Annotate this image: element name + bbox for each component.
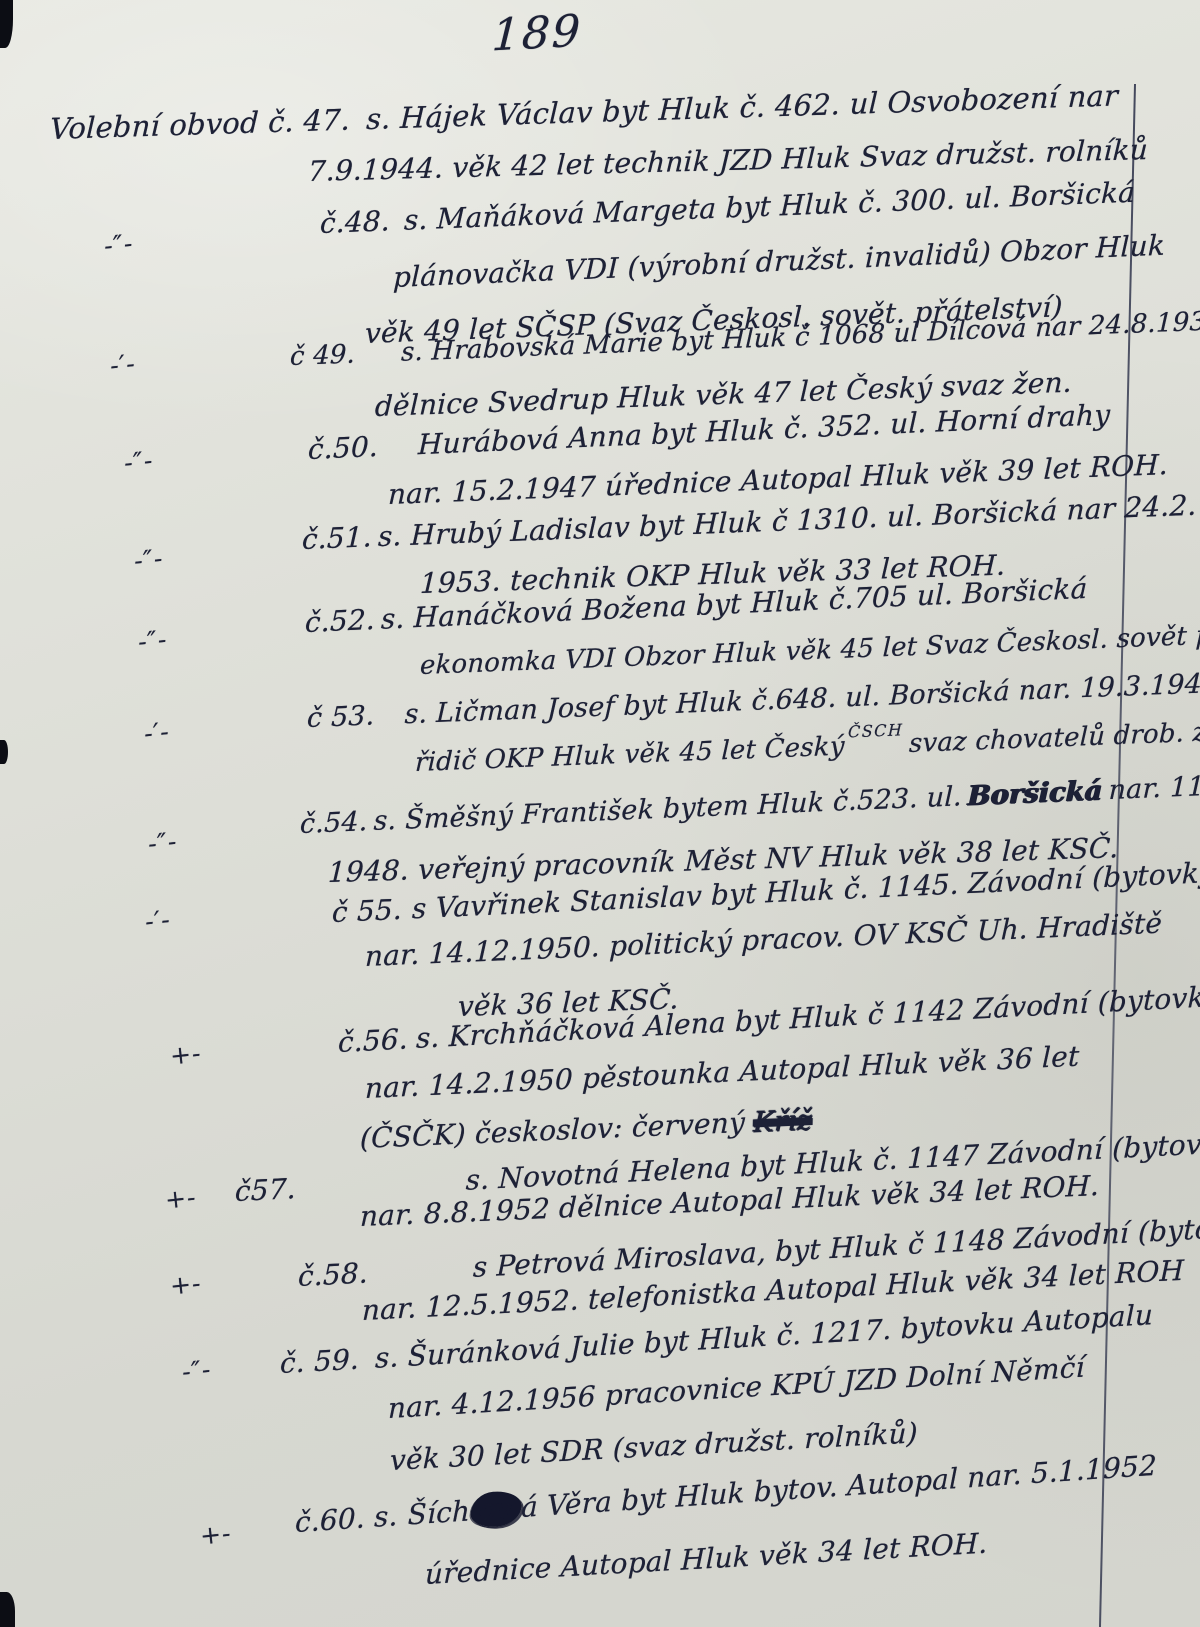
entry-55: -′- č 55.s Vavřinek Stanislav byt Hluk č… (0, 0, 1200, 1627)
entry-56: +- č.56.s. Krchňáčková Alena byt Hluk č … (0, 0, 1200, 1627)
entry-51-line-1: č.51.s. Hrubý Ladislav byt Hluk č 1310. … (301, 489, 1197, 556)
entry-60-number: č.60. s. (295, 1499, 398, 1539)
entry-52-number: č.52. (305, 603, 376, 639)
entry-48-ditto-mark: -″- (103, 229, 135, 261)
entry-55-line-1: č 55.s Vavřinek Stanislav byt Hluk č. 11… (332, 856, 1200, 929)
entry-49: -′- č 49.s. Hrabovská Marie byt Hluk č 1… (0, 0, 1200, 1627)
entry-54-text-1a: s. Šměšný František bytem Hluk č.523. ul… (373, 781, 962, 837)
entry-52-text-1: s. Hanáčková Božena byt Hluk č.705 ul. B… (381, 572, 1088, 636)
entry-59-text-2: nar. 4.12.1956 pracovnice KPÚ JZD Dolní … (388, 1351, 1085, 1425)
entry-50-line-1: č.50.Hurábová Anna byt Hluk č. 352. ul. … (308, 398, 1111, 466)
entry-49-text-2: dělnice Svedrup Hluk věk 47 let Český sv… (374, 366, 1072, 423)
entry-59-text-3: věk 30 let SDR (svaz družst. rolníků) (390, 1416, 918, 1477)
entry-53-text-1: s. Ličman Josef byt Hluk č.648. ul. Borš… (404, 668, 1200, 730)
entry-51-ditto-mark: -″- (133, 544, 165, 576)
entry-55-line-3: věk 36 let KSČ. (457, 982, 679, 1023)
entry-47-text-2: 7.9.1944. věk 42 let technik JZD Hluk Sv… (307, 133, 1148, 188)
entry-58-line-2: nar. 12.5.1952. telefonistka Autopal Hlu… (362, 1254, 1185, 1327)
entry-56-ditto-mark: +- (169, 1038, 203, 1070)
entry-60-ink-blot: ov (470, 1490, 521, 1528)
entry-49-text-1: s. Hrabovská Marie byt Hluk č 1068 ul Dí… (401, 306, 1200, 368)
entry-56-line-1: č.56.s. Krchňáčková Alena byt Hluk č 114… (338, 980, 1200, 1059)
entry-55-text-2: nar. 14.12.1950. politický pracov. OV KS… (365, 907, 1163, 973)
entry-57-line-2: nar. 8.8.1952 dělnice Autopal Hluk věk 3… (360, 1169, 1100, 1233)
entry-47: Volební obvod č. 47.s. Hájek Václav byt … (0, 0, 1200, 1627)
entry-54: -″- č.54.s. Šměšný František bytem Hluk … (0, 0, 1200, 1627)
entry-55-ditto-mark: -′- (144, 905, 172, 937)
entry-53-line-2: řidič OKP Hluk věk 45 let ČeskýČSCHsvaz … (415, 716, 1200, 778)
entry-49-line-1: č 49.s. Hrabovská Marie byt Hluk č 1068 … (290, 306, 1200, 372)
entry-52-line-1: č.52.s. Hanáčková Božena byt Hluk č.705 … (305, 572, 1088, 639)
entry-59-ditto-mark: -″- (181, 1355, 213, 1387)
entry-47-line-1: Volební obvod č. 47.s. Hájek Václav byt … (49, 78, 1118, 146)
entry-54-line-1: č.54.s. Šměšný František bytem Hluk č.52… (300, 769, 1200, 840)
entry-49-ditto-mark: -′- (109, 349, 137, 381)
entry-56-text-3: (ČSČK) českoslov: červený (360, 1106, 746, 1155)
entry-54-ditto-mark: -″- (147, 827, 179, 859)
entry-59-line-1: č. 59.s. Šuránková Julie byt Hluk č. 121… (280, 1298, 1154, 1380)
entry-49-number: č 49. (290, 339, 356, 372)
entry-58-text-2: nar. 12.5.1952. telefonistka Autopal Hlu… (362, 1254, 1185, 1327)
entry-56-number: č.56. (338, 1022, 409, 1059)
entry-59-line-2: nar. 4.12.1956 pracovnice KPÚ JZD Dolní … (388, 1351, 1085, 1425)
scan-artifact-top-left (0, 0, 13, 48)
entry-60-ditto-mark: +- (199, 1518, 233, 1550)
entry-54-overwritten-word: Boršická (967, 775, 1103, 812)
entry-56-struck-word: Kříž (753, 1103, 813, 1139)
entry-50-text-1: Hurábová Anna byt Hluk č. 352. ul. Horní… (418, 398, 1111, 461)
entry-53-number: č 53. (307, 700, 376, 734)
entry-50-ditto-mark: -″- (123, 446, 155, 478)
entry-54-text-2: 1948. veřejný pracovník Měst NV Hluk věk… (327, 831, 1119, 889)
entry-53-line-1: č 53.s. Ličman Josef byt Hluk č.648. ul.… (307, 668, 1200, 734)
page-number: 189 (491, 6, 584, 62)
entry-51-text-2: 1953. technik OKP Hluk věk 33 let ROH. (419, 549, 1006, 600)
scan-artifact-left-middle (0, 740, 8, 764)
entry-57-line-1: č57.s. Novotná Helena byt Hluk č. 1147 Z… (235, 1126, 1200, 1209)
entry-48-text-2: plánovačka VDI (výrobní družst. invalidů… (393, 229, 1166, 294)
entry-52-line-2: ekonomka VDI Obzor Hluk věk 45 let Svaz … (420, 618, 1200, 681)
entry-50-text-2: nar. 15.2.1947 úřednice Autopal Hluk věk… (387, 448, 1168, 511)
entry-58-text-1: s Petrová Miroslava, byt Hluk č 1148 Záv… (473, 1210, 1200, 1284)
entry-57-text-1: s. Novotná Helena byt Hluk č. 1147 Závod… (465, 1126, 1200, 1197)
entry-59: -″- č. 59.s. Šuránková Julie byt Hluk č.… (0, 0, 1200, 1627)
entry-47-number: Volební obvod č. 47. (49, 103, 351, 146)
entry-60-line-2: úřednice Autopal Hluk věk 34 let ROH. (425, 1527, 988, 1592)
entry-60-text-1b: á Věra byt Hluk bytov. Autopal nar. 5.1.… (521, 1449, 1157, 1524)
entry-52: -″- č.52.s. Hanáčková Božena byt Hluk č.… (0, 0, 1200, 1627)
entry-60: +- č.60. s.Šíchová Věra byt Hluk bytov. … (0, 0, 1200, 1627)
entry-53: -′- č 53.s. Ličman Josef byt Hluk č.648.… (0, 0, 1200, 1627)
entry-56-text-2: nar. 14.2.1950 pěstounka Autopal Hluk vě… (365, 1040, 1080, 1106)
entry-53-ditto-mark: -′- (143, 717, 171, 749)
entry-53-superscript-abbreviation: ČSCH (848, 720, 904, 741)
entry-51-text-1: s. Hrubý Ladislav byt Hluk č 1310. ul. B… (378, 489, 1198, 554)
entry-59-text-1: s. Šuránková Julie byt Hluk č. 1217. byt… (375, 1298, 1153, 1375)
entry-54-text-1b: nar. 11.11. (1108, 769, 1200, 806)
entry-59-line-3: věk 30 let SDR (svaz družst. rolníků) (390, 1416, 918, 1477)
entry-51-line-2: 1953. technik OKP Hluk věk 33 let ROH. (419, 549, 1006, 600)
entry-48: -″- č.48.s. Maňáková Margeta byt Hluk č.… (0, 0, 1200, 1627)
entry-50-line-2: nar. 15.2.1947 úřednice Autopal Hluk věk… (387, 448, 1168, 511)
entry-54-number: č.54. (300, 806, 368, 840)
entry-55-text-3: věk 36 let KSČ. (457, 982, 679, 1023)
entry-47-line-2: 7.9.1944. věk 42 let technik JZD Hluk Sv… (307, 133, 1148, 188)
entry-51-number: č.51. (301, 520, 372, 556)
entry-58-line-1: č.58.s Petrová Miroslava, byt Hluk č 114… (298, 1210, 1200, 1294)
entry-48-text-1: s. Maňáková Margeta byt Hluk č. 300. ul.… (404, 176, 1136, 237)
entry-55-text-1: s Vavřinek Stanislav byt Hluk č. 1145. Z… (412, 856, 1200, 926)
entry-56-line-2: nar. 14.2.1950 pěstounka Autopal Hluk vě… (365, 1040, 1080, 1106)
entry-55-line-2: nar. 14.12.1950. politický pracov. OV KS… (365, 907, 1163, 973)
entry-60-text-2: úřednice Autopal Hluk věk 34 let ROH. (425, 1527, 988, 1592)
entry-48-line-2: plánovačka VDI (výrobní družst. invalidů… (393, 229, 1166, 294)
entry-58: +- č.58.s Petrová Miroslava, byt Hluk č … (0, 0, 1200, 1627)
entry-60-text-1a: Ších (408, 1494, 471, 1531)
entry-57-number: č57. (235, 1172, 297, 1208)
entry-58-number: č.58. (298, 1256, 369, 1293)
entry-56-text-1: s. Krchňáčková Alena byt Hluk č 1142 Záv… (416, 980, 1200, 1055)
entry-52-ditto-mark: -″- (137, 625, 169, 657)
entry-58-ditto-mark: +- (169, 1268, 203, 1300)
entry-60-line-1: č.60. s.Šíchová Věra byt Hluk bytov. Aut… (295, 1449, 1157, 1539)
scanned-handwritten-page: 189 Volební obvod č. 47.s. Hájek Václav … (0, 0, 1200, 1627)
entry-53-text-2a: řidič OKP Hluk věk 45 let Český (415, 731, 846, 778)
entry-51: -″- č.51.s. Hrubý Ladislav byt Hluk č 13… (0, 0, 1200, 1627)
scan-artifact-bottom-left (0, 1592, 15, 1627)
entry-59-number: č. 59. (280, 1343, 360, 1380)
entry-57-ditto-mark: +- (164, 1182, 198, 1214)
entry-55-number: č 55. (332, 893, 403, 929)
right-margin-rule (1099, 84, 1137, 1627)
entry-49-line-2: dělnice Svedrup Hluk věk 47 let Český sv… (374, 366, 1072, 423)
entry-56-line-3: (ČSČK) českoslov: červenýKříž (360, 1103, 813, 1155)
entry-50: -″- č.50.Hurábová Anna byt Hluk č. 352. … (0, 0, 1200, 1627)
entry-48-number: č.48. (319, 204, 390, 240)
entry-47-text-1: s. Hájek Václav byt Hluk č. 462. ul Osvo… (366, 78, 1119, 136)
entry-48-line-3: věk 49 let SČSP (Svaz Českosl. sovět. př… (364, 290, 1063, 350)
entry-53-text-2b: svaz chovatelů drob. zvíř. (908, 716, 1200, 759)
entry-48-line-1: č.48.s. Maňáková Margeta byt Hluk č. 300… (319, 176, 1135, 240)
entry-52-text-2: ekonomka VDI Obzor Hluk věk 45 let Svaz … (420, 618, 1200, 681)
entry-50-number: č.50. (308, 430, 379, 466)
entry-48-text-3: věk 49 let SČSP (Svaz Českosl. sovět. př… (364, 290, 1063, 350)
entry-57: +- č57.s. Novotná Helena byt Hluk č. 114… (0, 0, 1200, 1627)
entry-57-text-2: nar. 8.8.1952 dělnice Autopal Hluk věk 3… (360, 1169, 1100, 1233)
entry-54-line-2: 1948. veřejný pracovník Měst NV Hluk věk… (327, 831, 1119, 889)
